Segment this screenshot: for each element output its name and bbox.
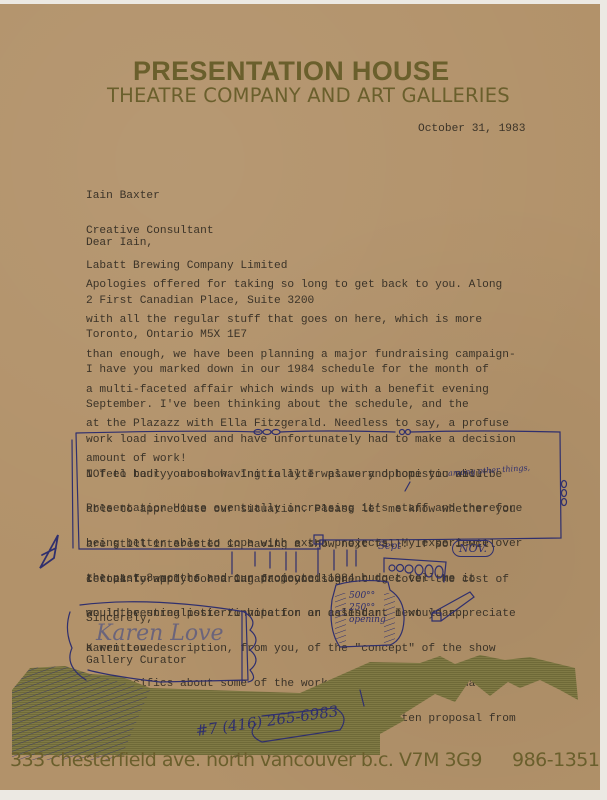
text-line: I have you marked down in our 1984 sched… (86, 365, 522, 377)
text-line: able to appreciate our situation. Please… (86, 505, 516, 517)
text-line: September. I've been thinking about the … (86, 400, 522, 412)
typist-initials: KL/mg (86, 681, 113, 693)
letterhead-title: PRESENTATION HOUSE (133, 56, 533, 87)
text-line: work load involved and have unfortunatel… (86, 435, 522, 447)
handwritten-annotation-amounts: 500°° 250°° opening (349, 590, 386, 626)
signer-title: Gallery Curator (86, 656, 187, 668)
handwritten-annotation-nov: NOV. (452, 540, 494, 557)
letterhead-subtitle: THEATRE COMPANY AND ART GALLERIES (107, 84, 510, 107)
footer-phone: 986-1351 (512, 749, 599, 771)
recipient-line: Iain Baxter (86, 191, 314, 203)
footer-address: 333 chesterfield ave. north vancouver b.… (10, 749, 482, 771)
text-line: and specifics about some of the work to … (86, 679, 516, 691)
recipient-line: Creative Consultant (86, 226, 314, 238)
letter-date: October 31, 1983 (418, 124, 525, 136)
text-line: with all the regular stuff that goes on … (86, 315, 516, 327)
handwritten-annotation-sept: Sept (378, 541, 401, 552)
letter-sheet: PRESENTATION HOUSE THEATRE COMPANY AND A… (0, 4, 600, 790)
salutation: Dear Iain, (86, 238, 153, 250)
signer-name: Karen Love (86, 644, 153, 656)
closing-line: I look forward to hearing from you soon. (86, 575, 355, 587)
text-line: Apologies offered for taking so long to … (86, 280, 516, 292)
